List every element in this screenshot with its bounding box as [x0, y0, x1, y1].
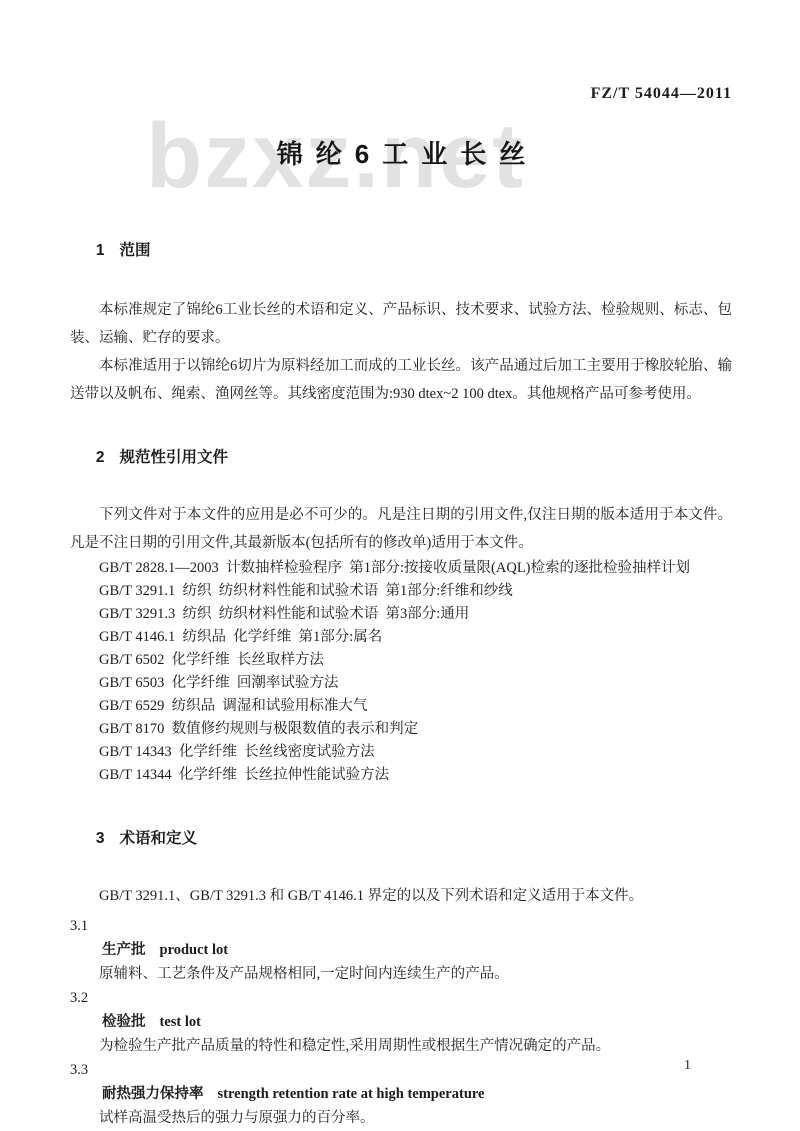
section-2-intro: 下列文件对于本文件的应用是必不可少的。凡是注日期的引用文件,仅注日期的版本适用于…: [70, 501, 732, 557]
term-clause-number: 3.3: [70, 1058, 732, 1082]
section-1-heading: 1范围: [70, 219, 732, 282]
reference-item: GB/T 14344 化学纤维 长丝拉伸性能试验方法: [70, 764, 732, 787]
term-name-zh: 耐热强力保持率: [102, 1086, 204, 1102]
document-page: bzxz.net FZ/T 54044—2011 锦纶6工业长丝 1范围 本标准…: [0, 0, 800, 1131]
section-1-body: 本标准规定了锦纶6工业长丝的术语和定义、产品标识、技术要求、试验方法、检验规则、…: [70, 296, 732, 408]
term-definition: 为检验生产批产品质量的特性和稳定性,采用周期性或根据生产情况确定的产品。: [70, 1034, 732, 1058]
reference-item: GB/T 6503 化学纤维 回潮率试验方法: [70, 672, 732, 695]
reference-item: GB/T 14343 化学纤维 长丝线密度试验方法: [70, 741, 732, 764]
term-definition: 试样高温受热后的强力与原强力的百分率。: [70, 1106, 732, 1130]
terms-and-definitions: 3.1 生产批product lot 原辅料、工艺条件及产品规格相同,一定时间内…: [70, 914, 732, 1130]
section-1-number: 1: [96, 242, 105, 259]
reference-item: GB/T 8170 数值修约规则与极限数值的表示和判定: [70, 718, 732, 741]
reference-item: GB/T 4146.1 纺织品 化学纤维 第1部分:属名: [70, 626, 732, 649]
reference-item: GB/T 3291.3 纺织 纺织材料性能和试验术语 第3部分:通用: [70, 603, 732, 626]
section-2-heading: 2规范性引用文件: [70, 426, 732, 489]
section-3-heading: 3术语和定义: [70, 807, 732, 870]
term-name-en: product lot: [160, 942, 229, 958]
term-name-en: strength retention rate at high temperat…: [218, 1086, 485, 1102]
page-content: FZ/T 54044—2011 锦纶6工业长丝 1范围 本标准规定了锦纶6工业长…: [0, 0, 800, 1130]
term-title-line: 检验批test lot: [70, 1010, 732, 1034]
term-definition: 原辅料、工艺条件及产品规格相同,一定时间内连续生产的产品。: [70, 962, 732, 986]
section-1-paragraph: 本标准适用于以锦纶6切片为原料经加工而成的工业长丝。该产品通过后加工主要用于橡胶…: [70, 352, 732, 408]
section-3-intro: GB/T 3291.1、GB/T 3291.3 和 GB/T 4146.1 界定…: [70, 882, 732, 910]
section-1-paragraph: 本标准规定了锦纶6工业长丝的术语和定义、产品标识、技术要求、试验方法、检验规则、…: [70, 296, 732, 352]
term-block: 3.3 耐热强力保持率strength retention rate at hi…: [70, 1058, 732, 1130]
section-1-title: 范围: [119, 242, 150, 259]
reference-item: GB/T 3291.1 纺织 纺织材料性能和试验术语 第1部分:纤维和纱线: [70, 580, 732, 603]
term-name-zh: 生产批: [102, 942, 146, 958]
term-clause-number: 3.2: [70, 986, 732, 1010]
normative-references-list: GB/T 2828.1—2003 计数抽样检验程序 第1部分:按接收质量限(AQ…: [70, 557, 732, 787]
section-3-number: 3: [96, 830, 105, 847]
term-title-line: 耐热强力保持率strength retention rate at high t…: [70, 1082, 732, 1106]
reference-item: GB/T 2828.1—2003 计数抽样检验程序 第1部分:按接收质量限(AQ…: [70, 557, 732, 580]
document-title: 锦纶6工业长丝: [70, 137, 732, 171]
standard-code: FZ/T 54044—2011: [70, 84, 732, 103]
reference-item: GB/T 6529 纺织品 调湿和试验用标准大气: [70, 695, 732, 718]
section-3-title: 术语和定义: [119, 830, 197, 847]
reference-item: GB/T 6502 化学纤维 长丝取样方法: [70, 649, 732, 672]
term-title-line: 生产批product lot: [70, 938, 732, 962]
term-block: 3.2 检验批test lot 为检验生产批产品质量的特性和稳定性,采用周期性或…: [70, 986, 732, 1058]
term-block: 3.1 生产批product lot 原辅料、工艺条件及产品规格相同,一定时间内…: [70, 914, 732, 986]
term-clause-number: 3.1: [70, 914, 732, 938]
term-name-zh: 检验批: [102, 1014, 146, 1030]
term-name-en: test lot: [160, 1014, 201, 1030]
section-2-title: 规范性引用文件: [119, 449, 228, 466]
section-2-number: 2: [96, 449, 105, 466]
